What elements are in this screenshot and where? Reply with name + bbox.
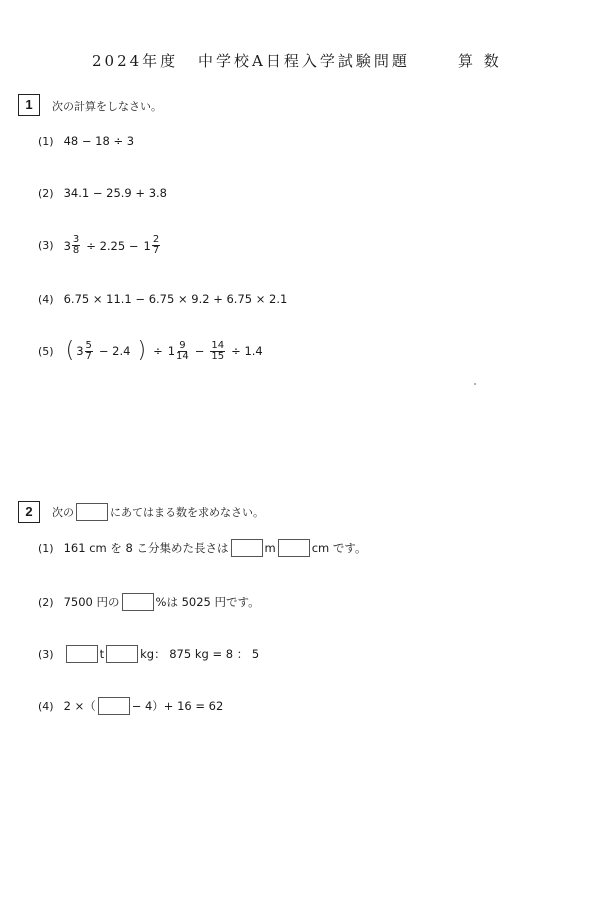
q2-problem-1: (1) 161 cm を 8 こ分集めた長さは m cm です。	[38, 539, 366, 557]
exam-year: 2024年度	[92, 50, 178, 71]
answer-box-value[interactable]	[98, 697, 130, 715]
q1-problem-4: (4) 6.75 × 11.1 − 6.75 × 9.2 + 6.75 × 2.…	[38, 292, 287, 306]
answer-box-tons[interactable]	[66, 645, 98, 663]
scan-speck	[474, 383, 476, 385]
q2-problem-4: (4) 2 ×（ − 4）+ 16 = 62	[38, 697, 223, 715]
answer-box-meters[interactable]	[231, 539, 263, 557]
fraction: 914	[176, 341, 189, 362]
answer-box-percent[interactable]	[122, 593, 154, 611]
question-number-2: 2	[18, 501, 40, 523]
question-number-1: 1	[18, 94, 40, 116]
exam-name: 中学校A日程入学試験問題	[198, 50, 410, 71]
question-1-instruction: 次の計算をしなさい。	[52, 98, 162, 114]
fraction: 1415	[210, 341, 225, 362]
q1-problem-5: (5) ( 3 57 − 2.4 ) ÷ 1 914 − 1415 ÷ 1.4	[38, 340, 268, 362]
fraction: 27	[152, 235, 160, 256]
q2-problem-2: (2) 7500 円の %は 5025 円です。	[38, 593, 260, 611]
blank-box	[76, 503, 108, 521]
q2-problem-3: (3) t kg： 875 kg = 8 ： 5	[38, 645, 259, 663]
exam-subject: 算 数	[458, 50, 502, 71]
question-2-instruction: 次の にあてはまる数を求めなさい。	[52, 503, 264, 521]
fraction: 38	[72, 235, 80, 256]
q1-problem-1: (1) 48 − 18 ÷ 3	[38, 134, 134, 148]
fraction: 57	[85, 341, 93, 362]
q1-problem-2: (2) 34.1 − 25.9 + 3.8	[38, 186, 167, 200]
answer-box-kilograms[interactable]	[106, 645, 138, 663]
q1-problem-3: (3) 3 38 ÷ 2.25 − 1 27	[38, 235, 161, 256]
answer-box-centimeters[interactable]	[278, 539, 310, 557]
